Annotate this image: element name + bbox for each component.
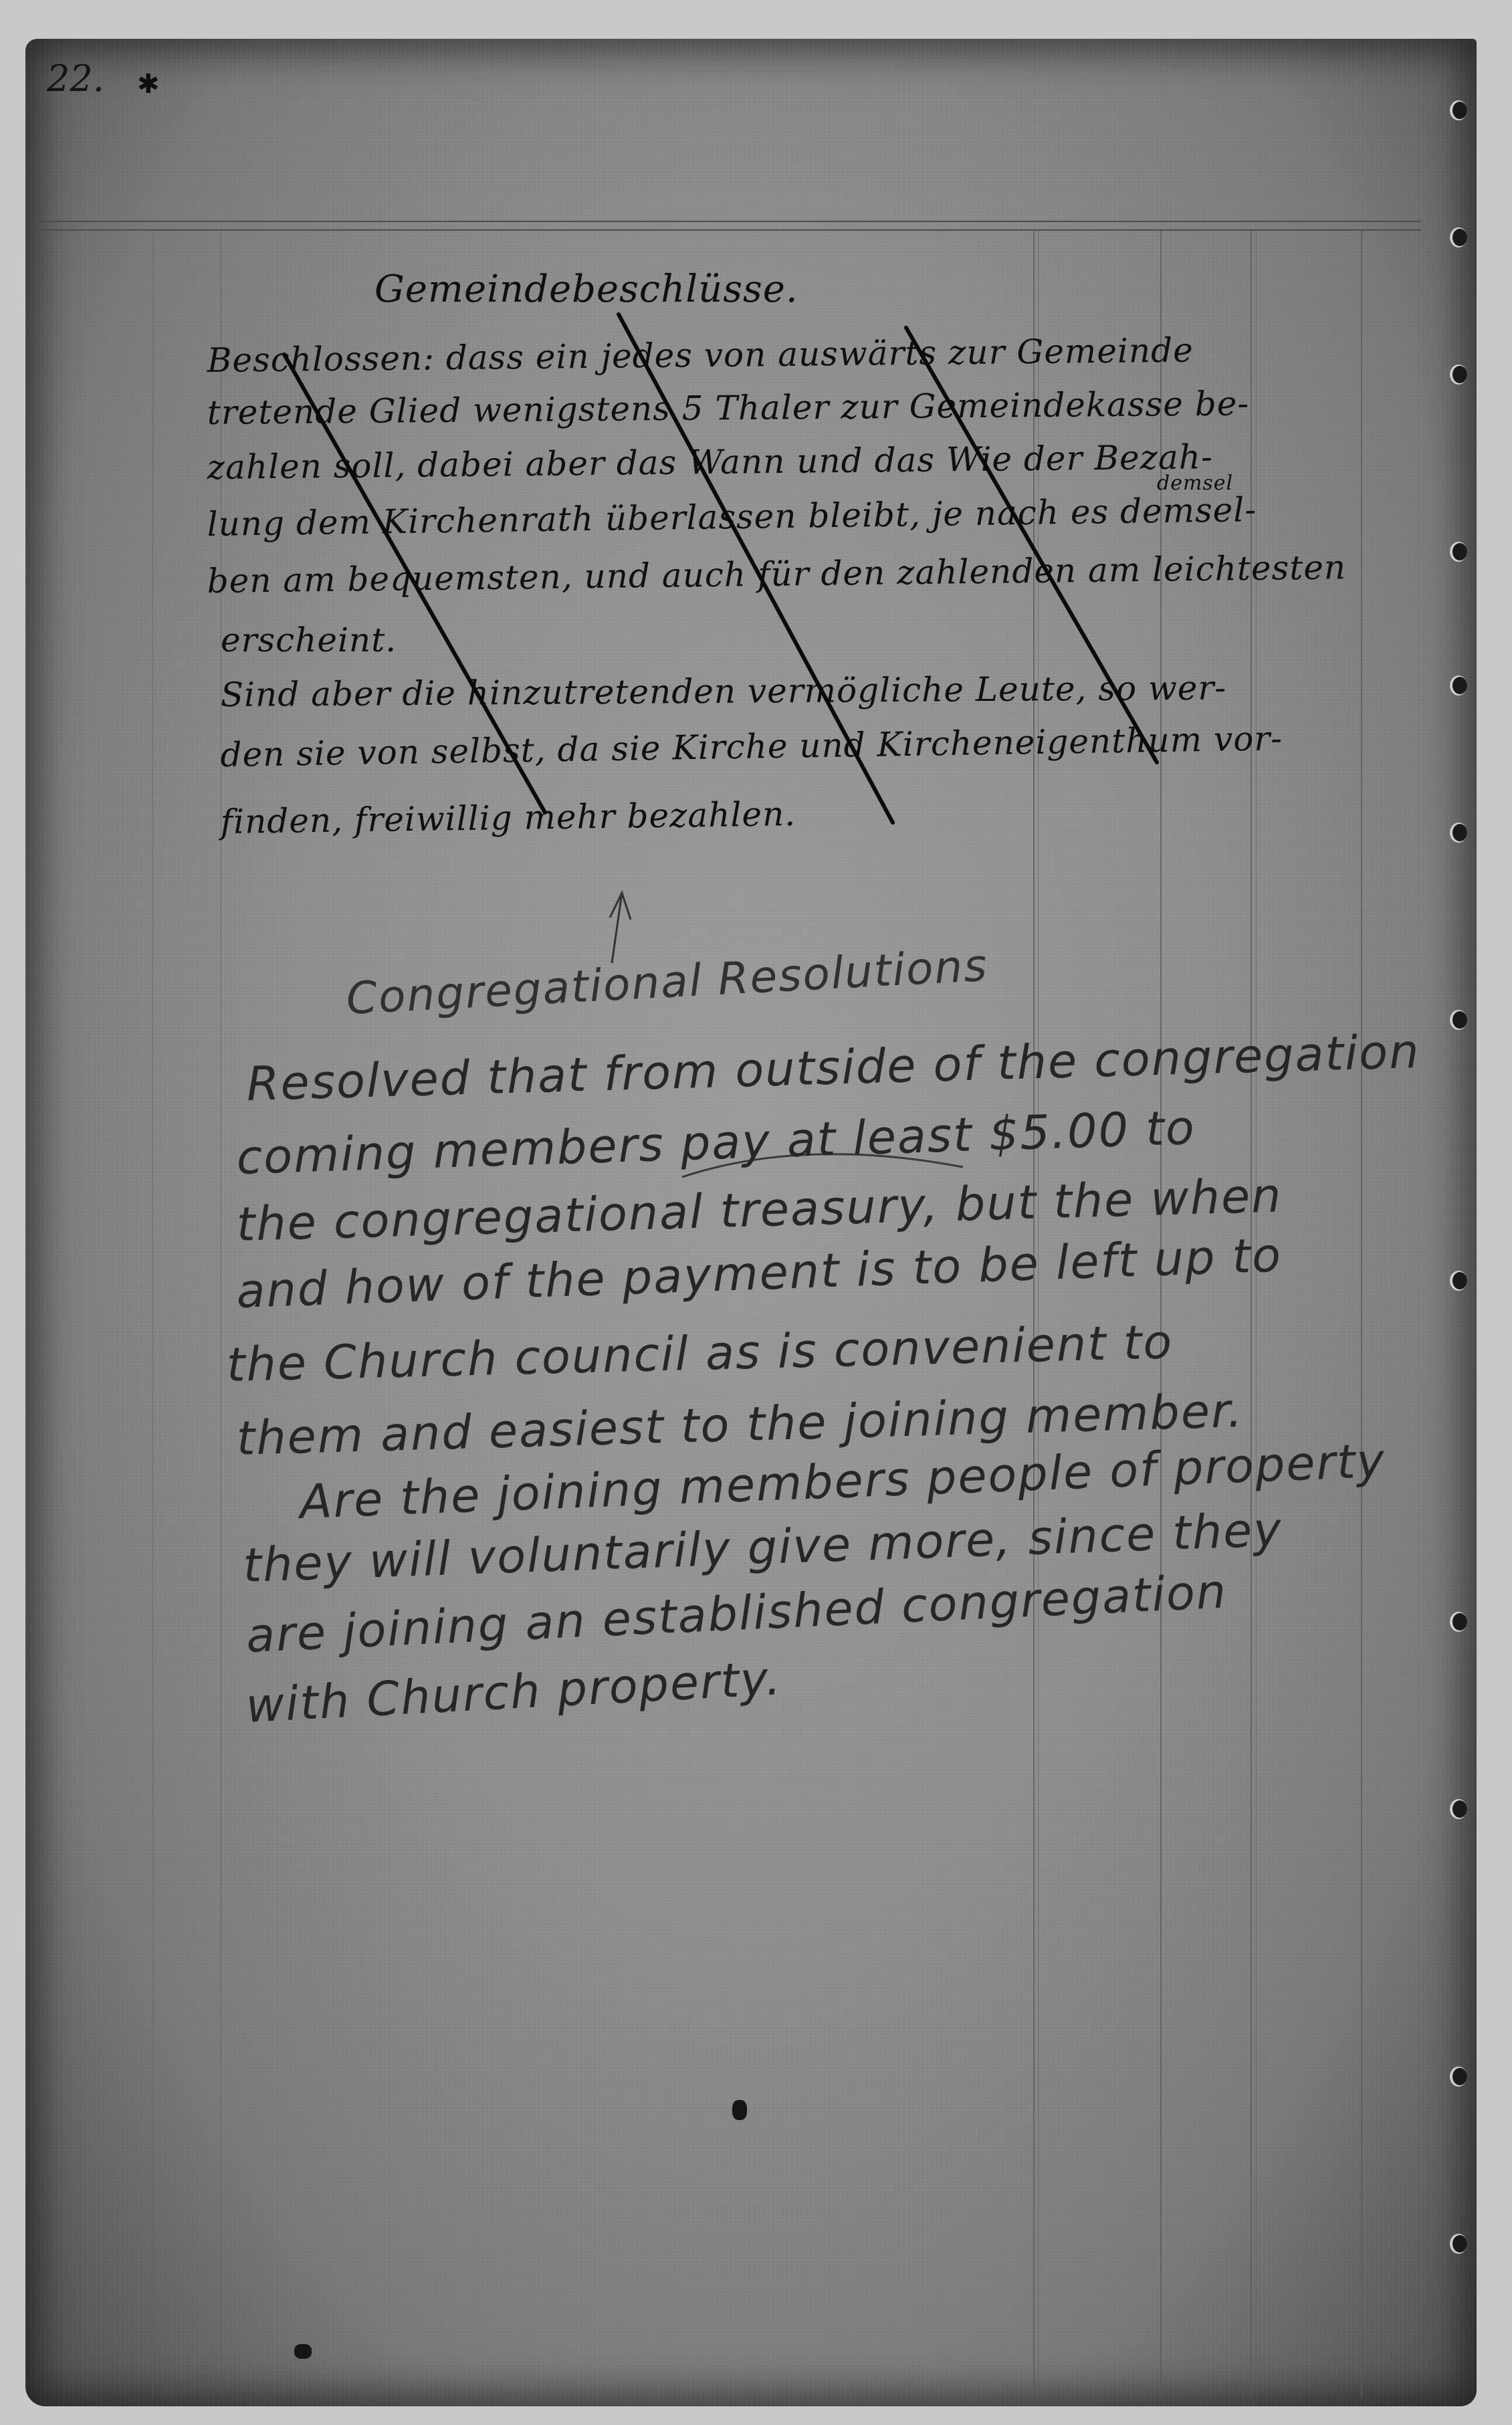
binding-hole bbox=[1450, 542, 1467, 562]
margin-rule-2 bbox=[221, 231, 221, 2398]
german-line: erscheint. bbox=[221, 621, 397, 659]
ink-stain bbox=[294, 2344, 312, 2359]
binding-hole bbox=[1450, 364, 1467, 385]
header-rule-bottom bbox=[30, 229, 1421, 231]
binding-hole bbox=[1450, 823, 1467, 843]
binding-hole bbox=[1450, 227, 1467, 247]
margin-rule-1 bbox=[152, 231, 153, 2398]
german-title: Gemeindebeschlüsse. bbox=[374, 268, 798, 311]
binding-hole bbox=[1450, 1010, 1467, 1030]
binding-hole bbox=[1450, 675, 1467, 696]
binding-hole bbox=[1450, 1612, 1467, 1632]
binding-hole bbox=[1450, 1799, 1467, 1819]
header-rule-top bbox=[30, 221, 1421, 222]
german-line: finden, freiwillig mehr bezahlen. bbox=[220, 795, 796, 841]
binding-hole bbox=[1450, 2067, 1467, 2087]
german-line: Sind aber die hinzutretenden vermögliche… bbox=[221, 668, 1227, 714]
page-number: 22. bbox=[47, 58, 104, 100]
binding-hole bbox=[1450, 2234, 1467, 2254]
ink-blot-mark: ✱ bbox=[137, 72, 164, 96]
column-rule-6 bbox=[1361, 231, 1362, 2398]
ink-stain bbox=[732, 2100, 747, 2120]
binding-hole bbox=[1450, 100, 1467, 120]
binding-hole bbox=[1450, 1271, 1467, 1291]
